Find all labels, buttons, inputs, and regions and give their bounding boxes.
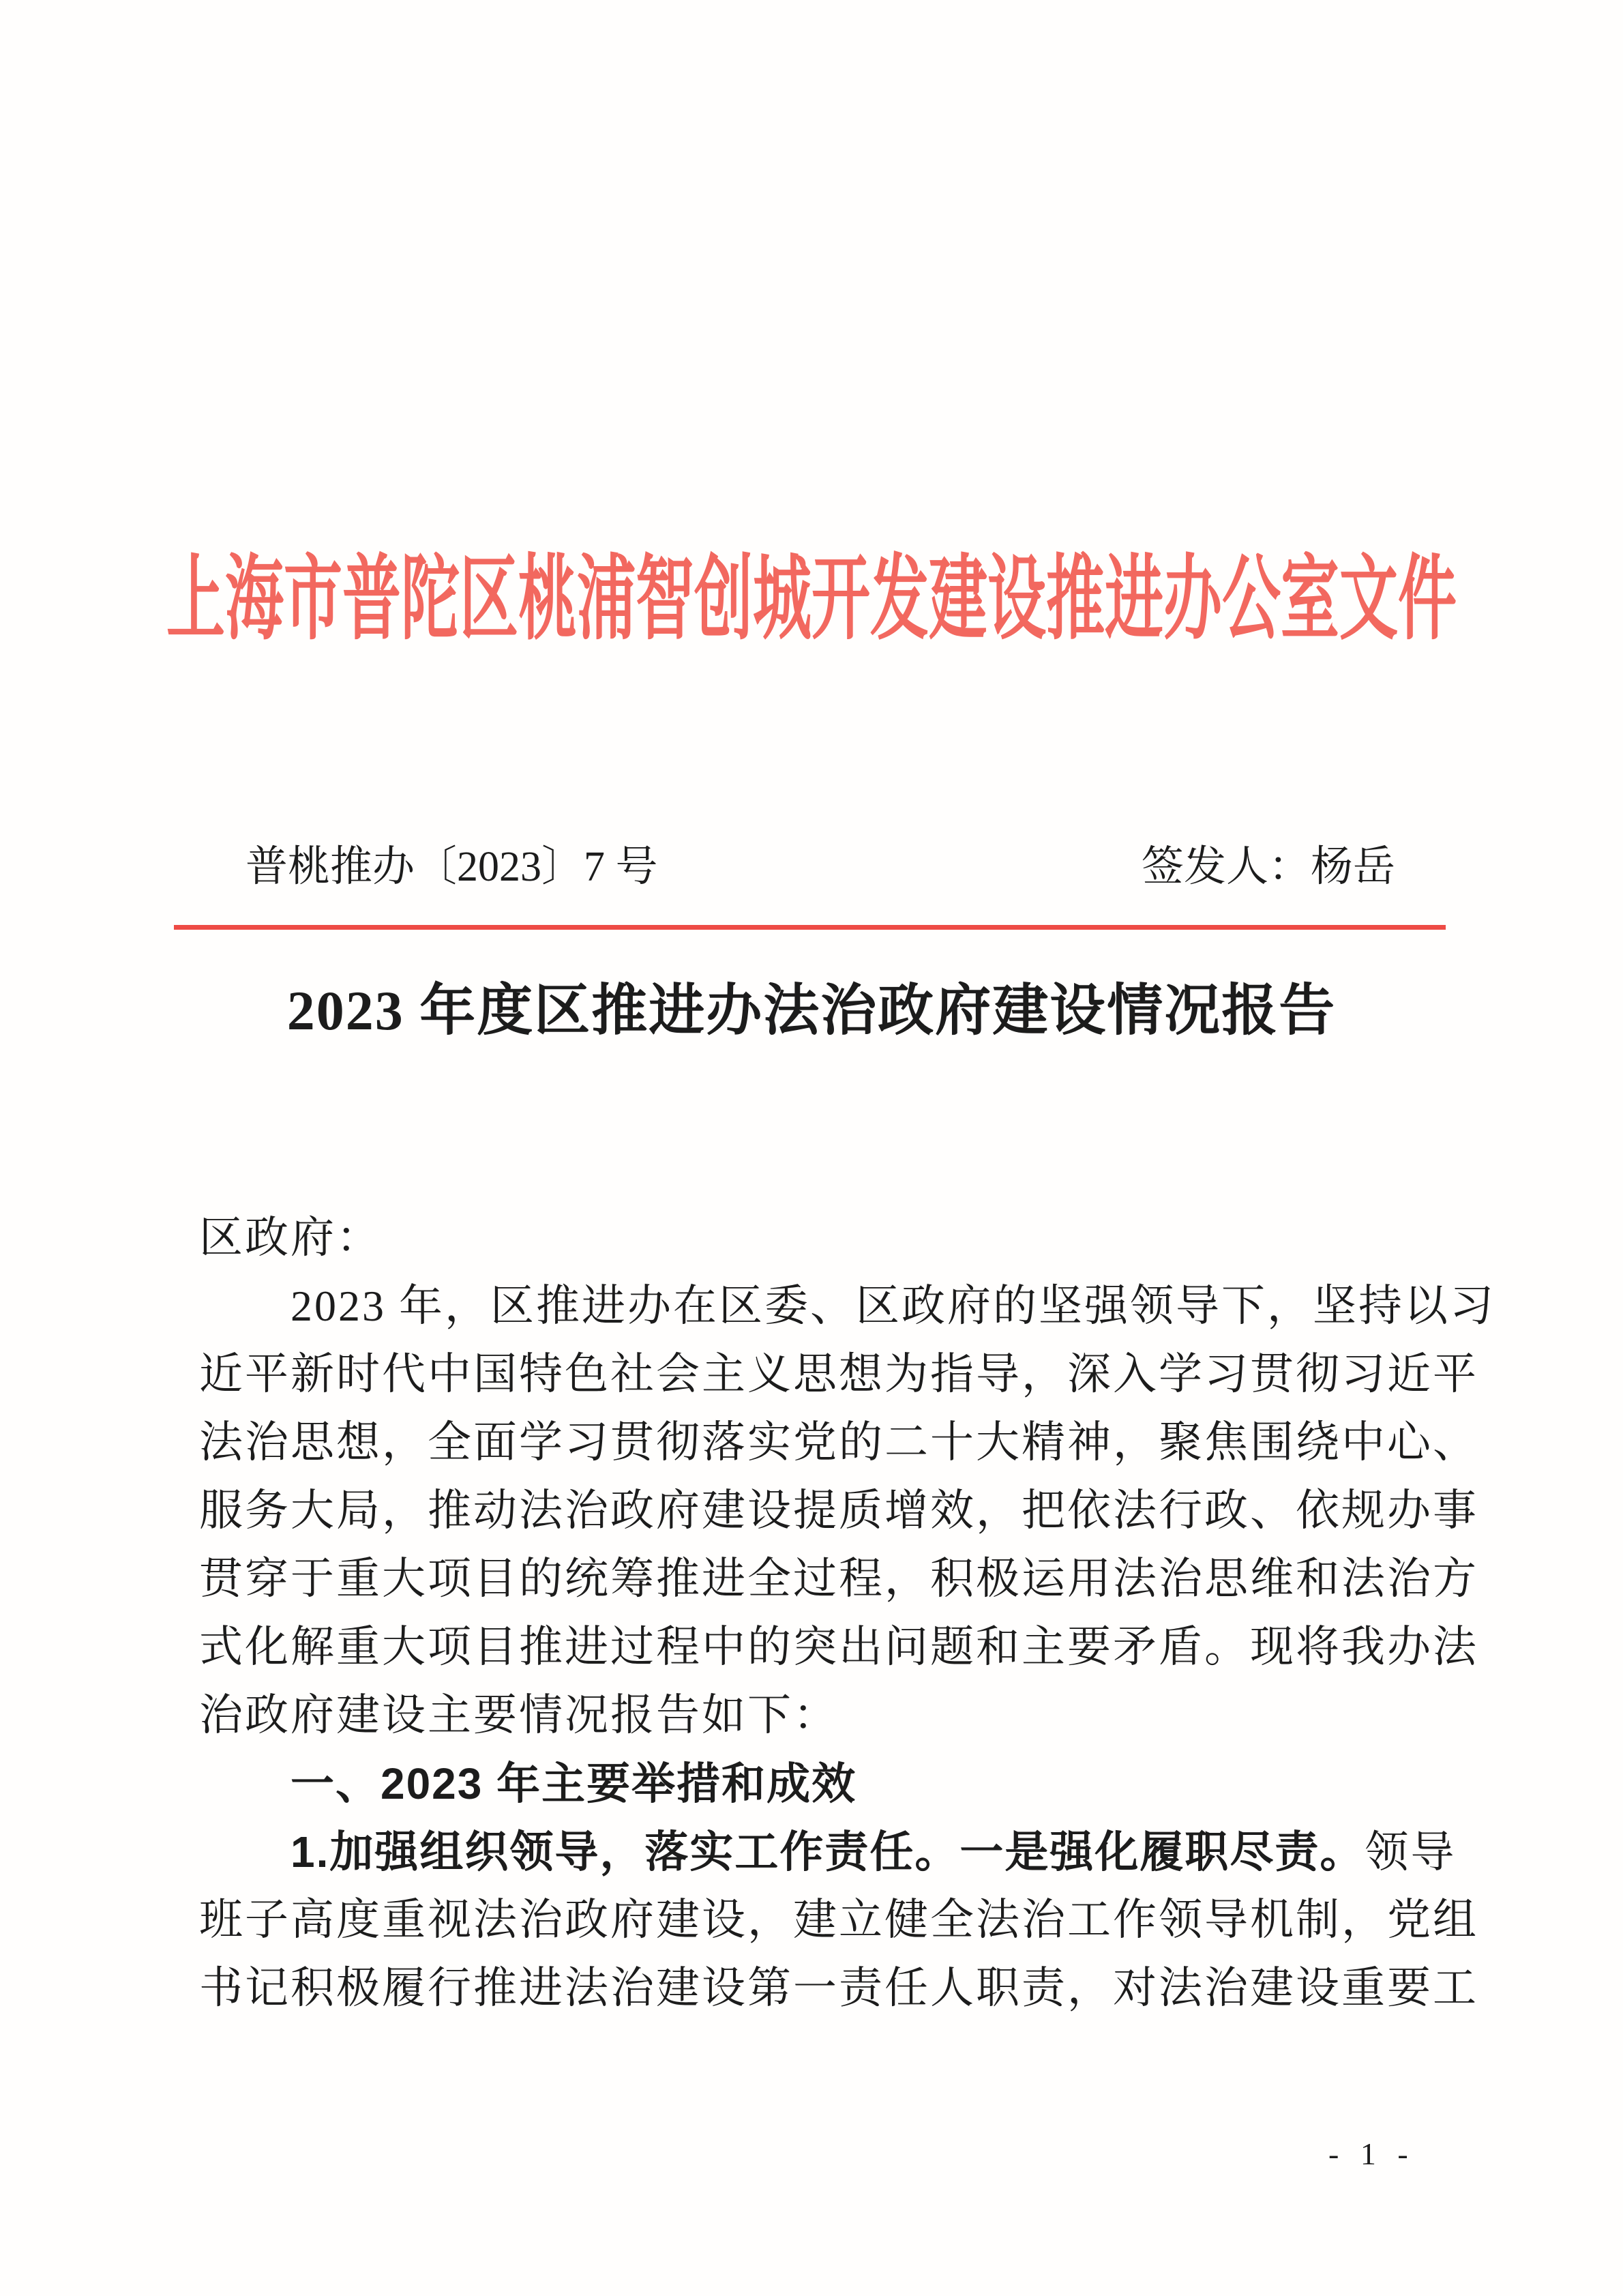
body-line: 贯穿于重大项目的统筹推进全过程，积极运用法治思维和法治方: [199, 1545, 1447, 1613]
doc-number: 普桃推办〔2023〕7 号: [245, 843, 658, 891]
body-line: 近平新时代中国特色社会主义思想为指导，深入学习贯彻习近平: [199, 1340, 1447, 1409]
letterhead-title: 上海市普陀区桃浦智创城开发建设推进办公室文件: [0, 550, 1623, 649]
issuer-label: 签发人：: [1142, 844, 1311, 890]
page-number: - 1 -: [1328, 2135, 1415, 2173]
document-page: 上海市普陀区桃浦智创城开发建设推进办公室文件 普桃推办〔2023〕7 号 签发人…: [0, 0, 1623, 2296]
salutation: 区政府：: [199, 1204, 1447, 1272]
body-line: 1.加强组织领导，落实工作责任。一是强化履职尽责。领导: [199, 1818, 1447, 1886]
issuer: 签发人：杨岳: [1142, 843, 1395, 891]
body-line: 班子高度重视法治政府建设，建立健全法治工作领导机制，党组: [199, 1886, 1447, 1954]
body-line: 式化解重大项目推进过程中的突出问题和主要矛盾。现将我办法: [199, 1613, 1447, 1681]
document-body: 区政府： 2023 年，区推进办在区委、区政府的坚强领导下，坚持以习 近平新时代…: [199, 1204, 1447, 2022]
body-line: 治政府建设主要情况报告如下：: [199, 1681, 1447, 1750]
document-title: 2023 年度区推进办法治政府建设情况报告: [0, 977, 1623, 1045]
body-line: 2023 年，区推进办在区委、区政府的坚强领导下，坚持以习: [199, 1272, 1447, 1340]
point-lead-bold: 1.加强组织领导，落实工作责任。一是强化履职尽责。: [291, 1827, 1365, 1876]
red-divider-line: [174, 925, 1446, 930]
point-lead-rest: 领导: [1365, 1828, 1456, 1876]
issuer-name: 杨岳: [1311, 844, 1395, 890]
body-line: 法治思想，全面学习贯彻落实党的二十大精神，聚焦围绕中心、: [199, 1409, 1447, 1477]
body-line: 书记积极履行推进法治建设第一责任人职责，对法治建设重要工: [199, 1954, 1447, 2022]
section-heading: 一、2023 年主要举措和成效: [199, 1750, 1447, 1818]
body-line: 服务大局，推动法治政府建设提质增效，把依法行政、依规办事: [199, 1477, 1447, 1545]
doc-meta-row: 普桃推办〔2023〕7 号 签发人：杨岳: [245, 843, 1395, 891]
